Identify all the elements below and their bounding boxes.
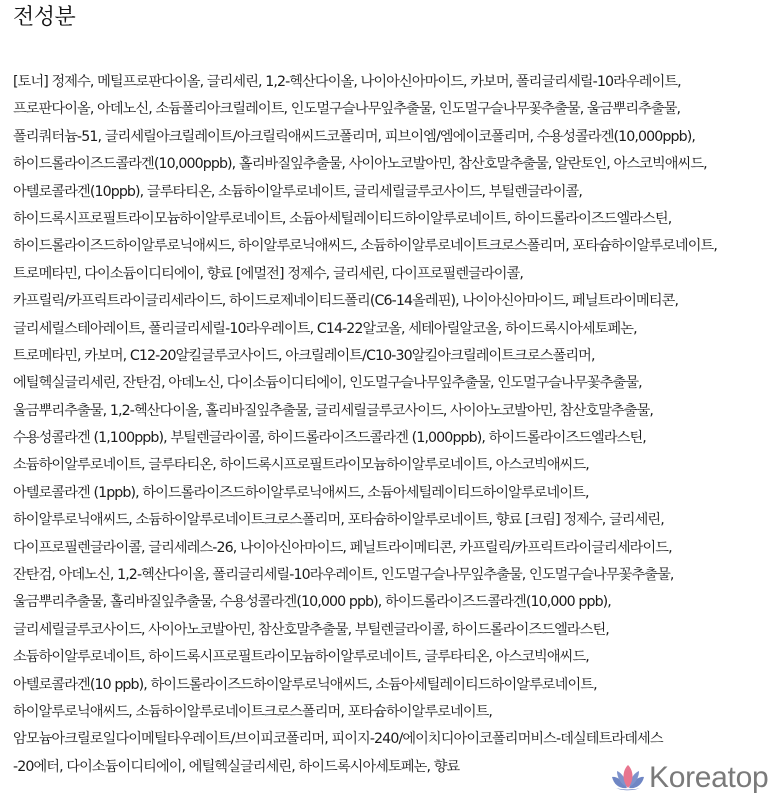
ingredients-line: 트로메타민, 다이소듐이디티에이, 향료 [에멀전] 정제수, 글리세린, 다이…: [13, 261, 783, 288]
ingredients-line: 하이알루로닉애씨드, 소듐하이알루로네이트크로스폴리머, 포타슘하이알루로네이트…: [13, 699, 783, 726]
ingredients-line: 에틸헥실글리세린, 잔탄검, 아데노신, 다이소듐이디티에이, 인도멀구슬나무잎…: [13, 370, 783, 397]
ingredients-line: 프로판다이올, 아데노신, 소듐폴리아크릴레이트, 인도멀구슬나무잎추출물, 인…: [13, 96, 783, 123]
ingredients-list: [토너] 정제수, 메틸프로판다이올, 글리세린, 1,2-헥산다이올, 나이아…: [13, 69, 783, 781]
ingredients-line: 잔탄검, 아데노신, 1,2-헥산다이올, 폴리글리세릴-10라우레이트, 인도…: [13, 562, 783, 589]
ingredients-line: 아텔로콜라겐(10 ppb), 하이드롤라이즈드하이알루로닉애씨드, 소듐아세틸…: [13, 672, 783, 699]
ingredients-line: 다이프로필렌글라이콜, 글리세레스-26, 나이아신아마이드, 페닐트라이메티콘…: [13, 535, 783, 562]
ingredients-line: 글리세릴스테아레이트, 폴리글리세릴-10라우레이트, C14-22알코올, 세…: [13, 316, 783, 343]
ingredients-line: 카프릴릭/카프릭트라이글리세라이드, 하이드로제네이티드폴리(C6-14올레핀)…: [13, 288, 783, 315]
ingredients-line: 하이드롤라이즈드하이알루로닉애씨드, 하이알루로닉애씨드, 소듐하이알루로네이트…: [13, 233, 783, 260]
koreatop-watermark: Koreatop: [610, 761, 768, 795]
ingredients-line: 소듐하이알루로네이트, 글루타티온, 하이드록시프로필트라이모늄하이알루로네이트…: [13, 452, 783, 479]
page-title: 전성분: [13, 2, 75, 34]
ingredients-line: 하이드록시프로필트라이모늄하이알루로네이트, 소듐아세틸레이티드하이알루로네이트…: [13, 206, 783, 233]
ingredients-line: 암모늄아크릴로일다이메틸타우레이트/브이피코폴리머, 피이지-240/에이치디아…: [13, 726, 783, 753]
ingredients-line: 글리세릴글루코사이드, 사이아노코발아민, 참산호말추출물, 부틸렌글라이콜, …: [13, 617, 783, 644]
ingredients-line: 하이알루로닉애씨드, 소듐하이알루로네이트크로스폴리머, 포타슘하이알루로네이트…: [13, 507, 783, 534]
ingredients-line: [토너] 정제수, 메틸프로판다이올, 글리세린, 1,2-헥산다이올, 나이아…: [13, 69, 783, 96]
ingredients-line: 아텔로콜라겐(10ppb), 글루타티온, 소듐하이알루로네이트, 글리세릴글루…: [13, 179, 783, 206]
ingredients-line: 소듐하이알루로네이트, 하이드록시프로필트라이모늄하이알루로네이트, 글루타티온…: [13, 644, 783, 671]
ingredients-line: 폴리쿼터늄-51, 글리세릴아크릴레이트/아크릴릭애씨드코폴리머, 피브이엠/엠…: [13, 124, 783, 151]
ingredients-line: 아텔로콜라겐 (1ppb), 하이드롤라이즈드하이알루로닉애씨드, 소듐아세틸레…: [13, 480, 783, 507]
koreatop-logo-text: Koreatop: [649, 761, 768, 795]
ingredients-line: 울금뿌리추출물, 1,2-헥산다이올, 홀리바질잎추출물, 글리세릴글루코사이드…: [13, 398, 783, 425]
ingredients-line: 트로메타민, 카보머, C12-20알킬글루코사이드, 아크릴레이트/C10-3…: [13, 343, 783, 370]
ingredients-line: 수용성콜라겐 (1,100ppb), 부틸렌글라이콜, 하이드롤라이즈드콜라겐 …: [13, 425, 783, 452]
ingredients-line: 울금뿌리추출물, 홀리바질잎추출물, 수용성콜라겐(10,000 ppb), 하…: [13, 589, 783, 616]
ingredients-line: 하이드롤라이즈드콜라겐(10,000ppb), 홀리바질잎추출물, 사이아노코발…: [13, 151, 783, 178]
lotus-icon: [610, 763, 646, 793]
